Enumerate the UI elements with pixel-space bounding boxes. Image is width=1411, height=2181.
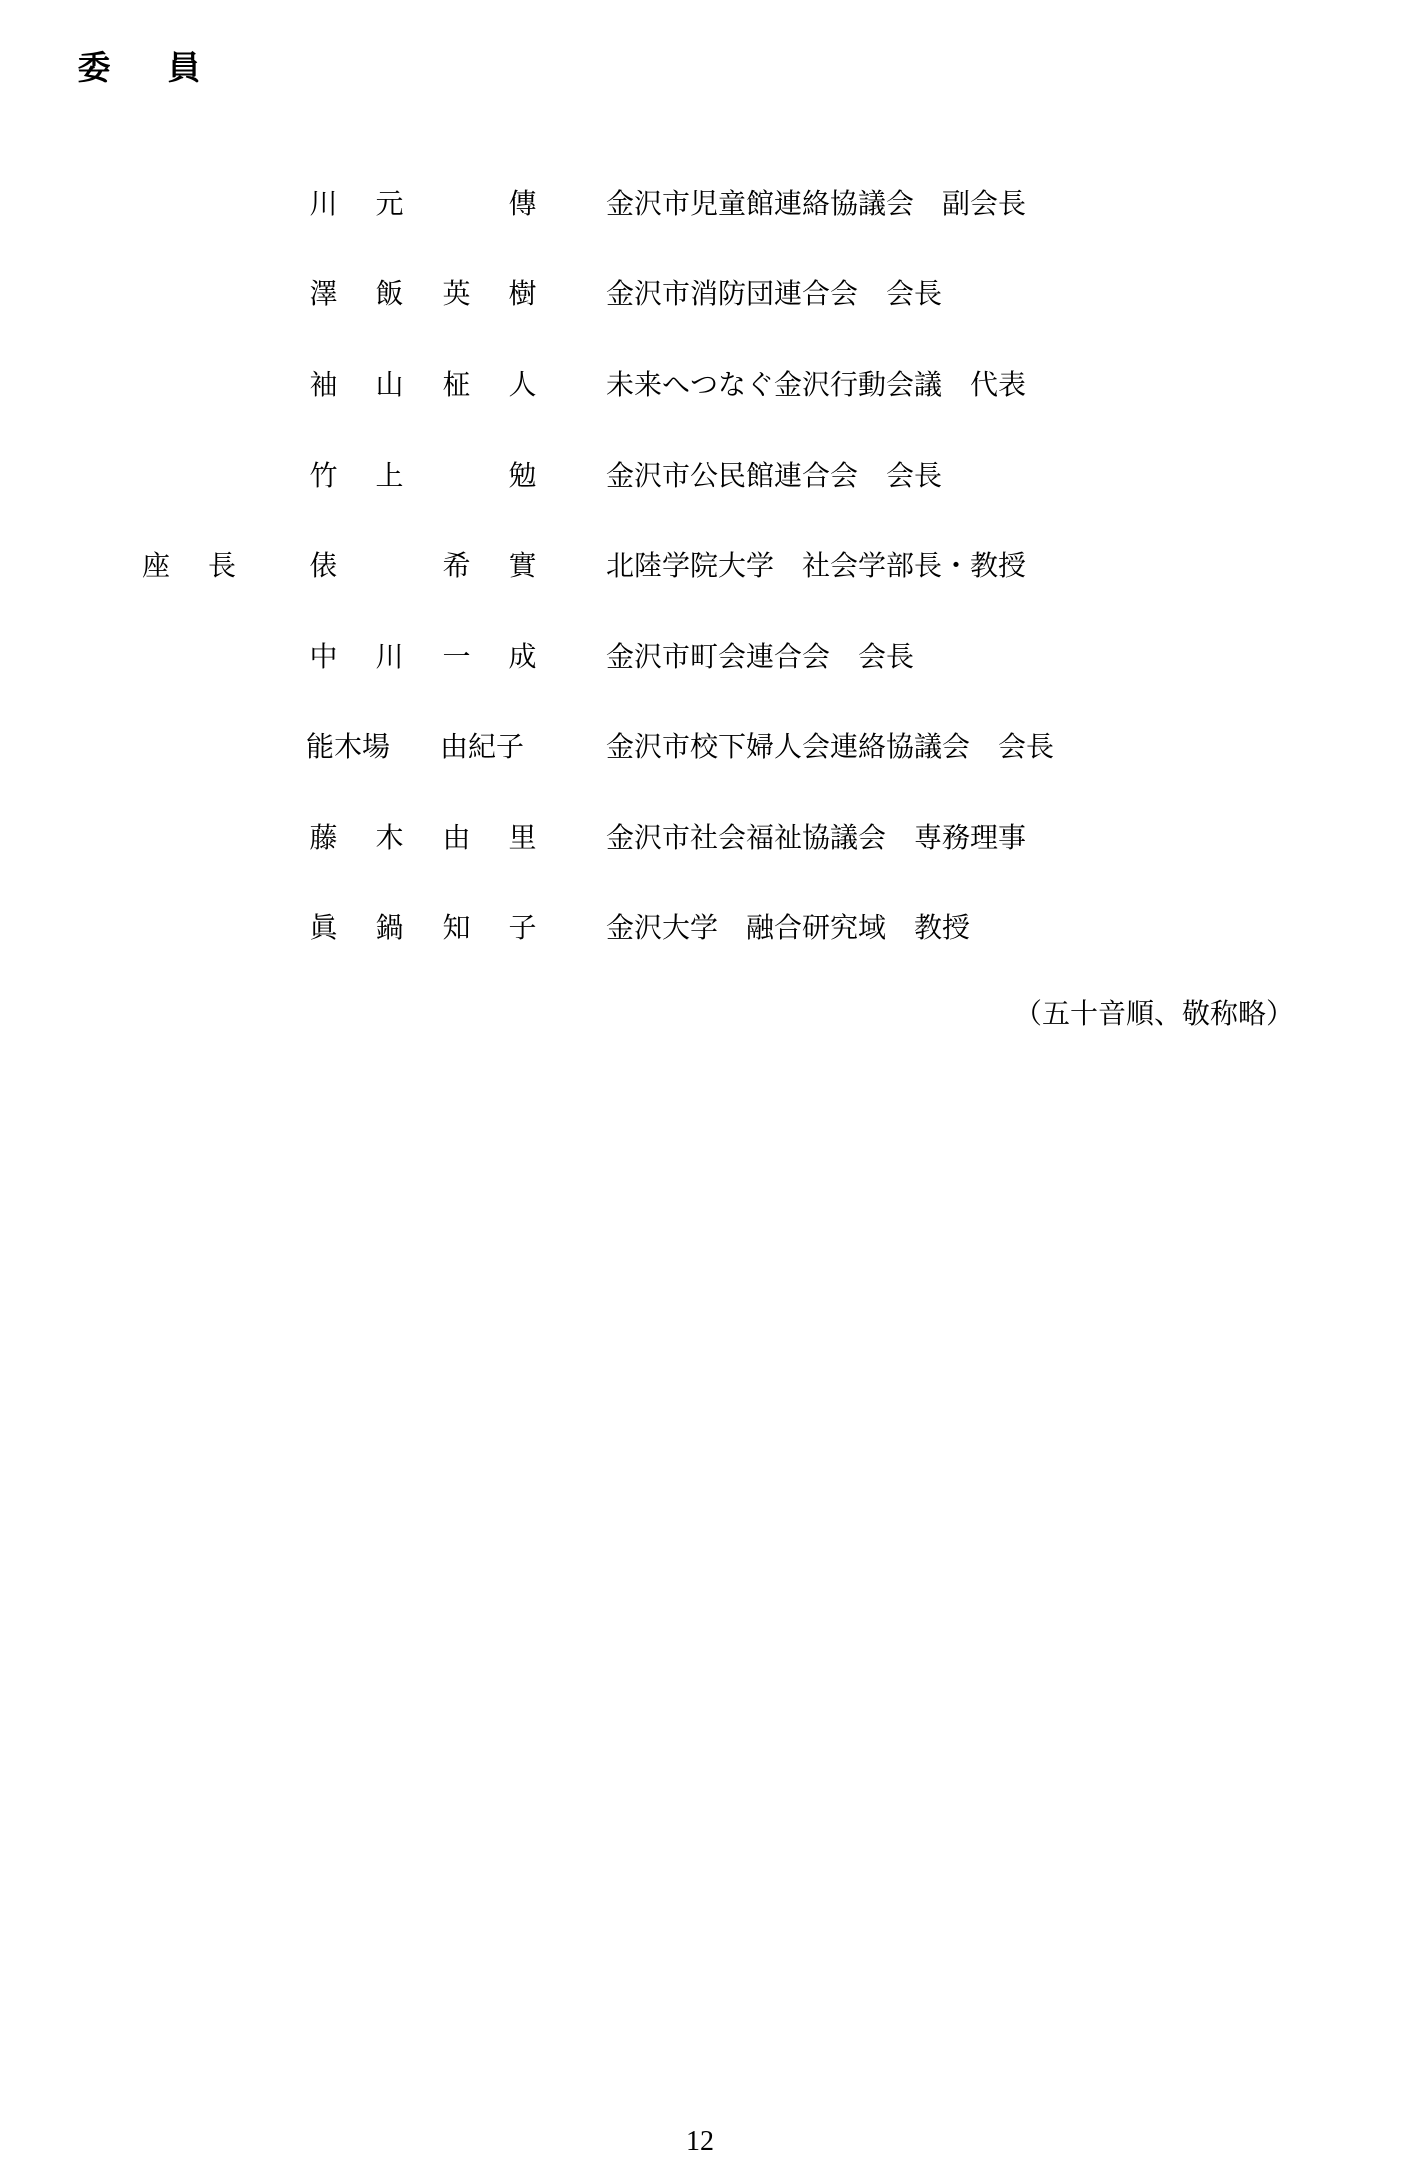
member-family-name: 能木場 xyxy=(306,727,390,767)
member-name-char: 山 xyxy=(373,365,406,405)
member-organization: 金沢市公民館連合会 会長 xyxy=(606,456,942,496)
member-name-char: 眞 xyxy=(307,908,340,948)
member-name-char: 樹 xyxy=(506,274,539,314)
member-name-char: 柾 xyxy=(440,365,473,405)
member-row: 中 川 一 成 金沢市町会連合会 会長 xyxy=(0,637,1411,677)
member-row: 川 元 傳 金沢市児童館連絡協議会 副会長 xyxy=(0,184,1411,224)
member-organization: 未来へつなぐ金沢行動会議 代表 xyxy=(606,365,1026,405)
member-name-char: 英 xyxy=(440,274,473,314)
member-row: 眞 鍋 知 子 金沢大学 融合研究域 教授 xyxy=(0,908,1411,948)
member-name-char: 川 xyxy=(373,637,406,677)
member-row-chair: 座 長 俵 希 實 北陸学院大学 社会学部長・教授 xyxy=(0,546,1411,586)
member-name-char: 上 xyxy=(373,456,406,496)
member-name-char: 由 xyxy=(440,818,473,858)
member-row: 能木場 由紀子 金沢市校下婦人会連絡協議会 会長 xyxy=(0,727,1411,767)
member-organization: 金沢市消防団連合会 会長 xyxy=(606,274,942,314)
member-organization: 金沢市児童館連絡協議会 副会長 xyxy=(606,184,1026,224)
member-organization: 金沢市校下婦人会連絡協議会 会長 xyxy=(606,727,1054,767)
member-name-char: 里 xyxy=(506,818,539,858)
member-name-char: 中 xyxy=(307,637,340,677)
member-name-char: 飯 xyxy=(373,274,406,314)
member-name-char: 袖 xyxy=(307,365,340,405)
member-given-name: 由紀子 xyxy=(440,727,524,767)
member-name-char: 川 xyxy=(307,184,340,224)
member-name-char: 鍋 xyxy=(373,908,406,948)
member-name-char: 俵 xyxy=(307,546,340,586)
role-label-chair: 座 長 xyxy=(140,546,238,586)
member-name-char: 實 xyxy=(506,546,539,586)
member-name-char: 木 xyxy=(373,818,406,858)
member-name-char: 希 xyxy=(440,546,473,586)
member-organization: 北陸学院大学 社会学部長・教授 xyxy=(606,546,1026,586)
role-label-char: 座 xyxy=(140,546,172,586)
member-name-char: 人 xyxy=(506,365,539,405)
member-name-char: 傳 xyxy=(506,184,539,224)
page-number: 12 xyxy=(680,2125,720,2159)
member-name-char: 成 xyxy=(506,637,539,677)
member-organization: 金沢大学 融合研究域 教授 xyxy=(606,908,970,948)
member-name-char: 勉 xyxy=(506,456,539,496)
page-title-char: 員 xyxy=(166,48,202,88)
ordering-note: （五十音順、敬称略） xyxy=(1014,994,1294,1034)
page-title-char: 委 xyxy=(76,48,112,88)
member-name-char: 子 xyxy=(506,908,539,948)
member-row: 澤 飯 英 樹 金沢市消防団連合会 会長 xyxy=(0,274,1411,314)
member-row: 袖 山 柾 人 未来へつなぐ金沢行動会議 代表 xyxy=(0,365,1411,405)
member-row: 竹 上 勉 金沢市公民館連合会 会長 xyxy=(0,456,1411,496)
member-organization: 金沢市町会連合会 会長 xyxy=(606,637,914,677)
member-row: 藤 木 由 里 金沢市社会福祉協議会 専務理事 xyxy=(0,818,1411,858)
member-name-char: 一 xyxy=(440,637,473,677)
member-name-char: 竹 xyxy=(307,456,340,496)
member-name-char: 藤 xyxy=(307,818,340,858)
member-name-char: 知 xyxy=(440,908,473,948)
member-name-char: 澤 xyxy=(307,274,340,314)
member-name-char: 元 xyxy=(373,184,406,224)
role-label-char: 長 xyxy=(206,546,238,586)
member-organization: 金沢市社会福祉協議会 専務理事 xyxy=(606,818,1026,858)
page-title: 委 員 xyxy=(76,48,202,88)
